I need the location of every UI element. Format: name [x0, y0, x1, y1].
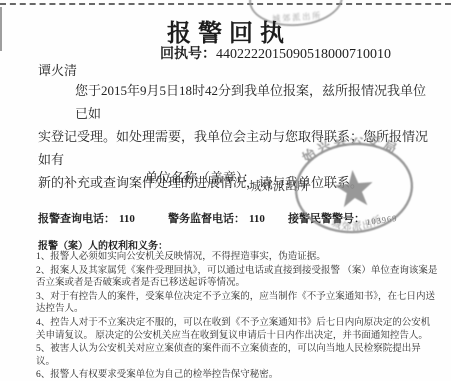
officer-badge-label: 接警民警警号： [288, 213, 365, 225]
receipt-number-value: 4402222015090518000710010 [216, 47, 391, 62]
unit-name-value: 城郊派出所 [249, 177, 309, 194]
rights-item: 4、控告人对于不立案决定不服的，可以在收到《不予立案通知书》后七日内向原决定的公… [36, 317, 438, 342]
rights-item: 1、报警人必须如实向公安机关反映情况，不得捏造事实，伪造证据。 [36, 251, 438, 264]
receipt-number-line: 回执号：4402222015090518000710010 [160, 43, 391, 63]
police-report-receipt-page: 城郊派出所 报警回执 回执号：4402222015090518000710010… [0, 0, 451, 381]
rights-list: 1、报警人必须如实向公安机关反映情况，不得捏造事实，伪造证据。 2、报案人及其家… [36, 251, 438, 381]
recipient-name: 谭火清 [38, 60, 77, 79]
officer-badge-line: 接警民警警号： [288, 210, 365, 226]
query-phone-label: 报警查询电话： [38, 213, 115, 225]
query-phone-number: 110 [119, 213, 135, 225]
rights-heading: 报警（案）人的权利和义务： [38, 237, 168, 252]
unit-name-label: 单位名称（盖章）： [145, 167, 256, 186]
officer-badge-number: 103969 [365, 213, 398, 227]
supervision-phone-label: 警务监督电话： [168, 213, 245, 225]
rights-item: 2、报案人及其家属凭《案件受理回执》，可以通过电话或直接到接受报警 （案）单位查… [36, 265, 438, 290]
supervision-phone-line: 警务监督电话：110 [168, 210, 265, 226]
perforation-tear-line [0, 3, 451, 5]
rights-item: 5、被害人认为公安机关对应立案侦查的案件而不立案侦查的，可以向当地人民检察院提出… [36, 343, 438, 368]
supervision-phone-number: 110 [249, 213, 265, 225]
rights-item: 6、报警人有权要求受案单位为自己的检举控告保守秘密。 [36, 369, 438, 381]
receipt-number-label: 回执号： [160, 47, 216, 62]
query-phone-line: 报警查询电话：110 [38, 210, 135, 226]
rights-item: 3、对于有控告人的案件，受案单位决定不予立案的，应当制作《不予立案通知书》，在七… [36, 291, 438, 316]
notice-line: 实登记受理。如处理需要，我单位会主动与您取得联系；您所报情况如有 [38, 125, 432, 171]
notice-line: 您于2015年9月5日18时42分到我单位报案，兹所报情况我单位已如 [38, 79, 432, 125]
